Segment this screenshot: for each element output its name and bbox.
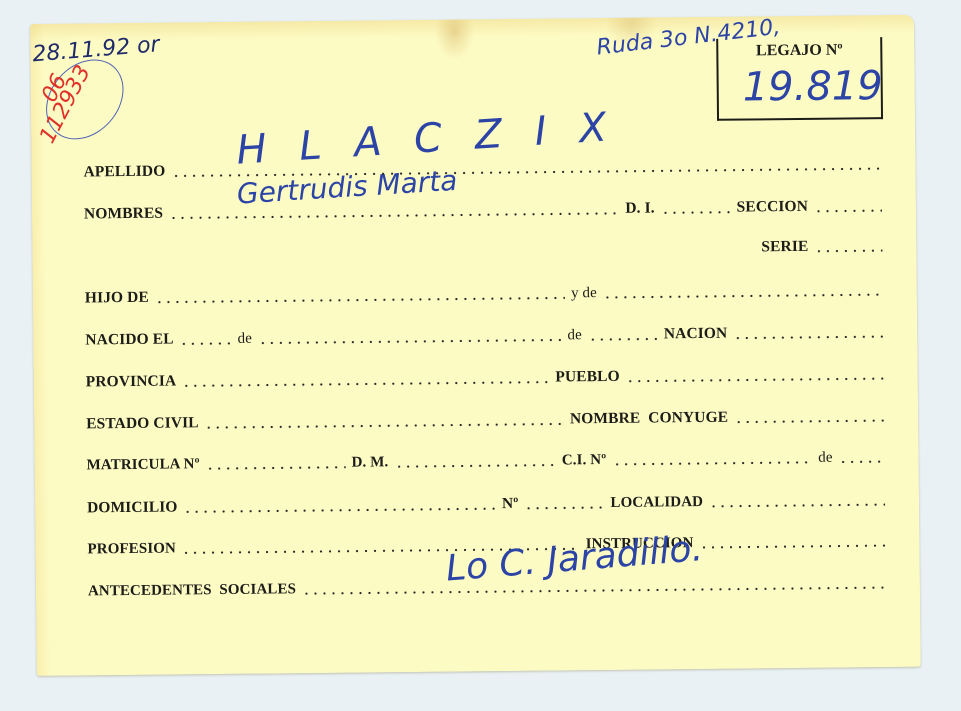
madre-input-line[interactable] (603, 293, 883, 299)
apellido-input-line[interactable] (171, 167, 881, 177)
field-estado-civil: ESTADO CIVIL NOMBRE CONYUGE (86, 407, 890, 433)
seccion-input-line[interactable] (814, 209, 882, 213)
domicilio-label: DOMICILIO (87, 498, 178, 517)
legajo-label: LEGAJO Nº (718, 41, 880, 61)
field-serie: SERIE (84, 237, 888, 263)
mes-input-line[interactable] (258, 338, 561, 344)
legajo-number: 19.819 (742, 63, 882, 110)
dm-input-line[interactable] (394, 464, 556, 469)
pueblo-input-line[interactable] (626, 377, 884, 383)
numero-input-line[interactable] (525, 506, 605, 510)
antecedentes-input-line[interactable] (302, 586, 886, 595)
de-label-2: de (567, 327, 582, 344)
di-input-line[interactable] (661, 211, 731, 215)
nombres-label: NOMBRES (84, 205, 163, 224)
de-label-3: de (818, 450, 833, 467)
record-card: 28.11.92 or 06 112933 Ruda 3o N.4210, LE… (30, 15, 921, 676)
field-apellido: APELLIDO (83, 155, 887, 181)
field-domicilio: DOMICILIO Nº LOCALIDAD (87, 491, 891, 517)
provincia-label: PROVINCIA (86, 372, 177, 391)
nacido-el-label: NACIDO EL (85, 331, 174, 350)
hijo-de-label: HIJO DE (85, 289, 149, 308)
instruccion-input-line[interactable] (700, 544, 886, 549)
field-nombres: NOMBRES D. I. SECCION (84, 197, 888, 223)
conyuge-input-line[interactable] (734, 419, 884, 424)
dm-label: D. M. (351, 454, 388, 471)
padre-input-line[interactable] (155, 296, 565, 303)
matricula-label: MATRICULA Nº (87, 456, 200, 474)
localidad-input-line[interactable] (709, 503, 885, 508)
ci-de-input-line[interactable] (839, 460, 885, 463)
profesion-label: PROFESION (87, 541, 176, 559)
provincia-input-line[interactable] (182, 381, 549, 388)
y-de-label: y de (571, 285, 597, 302)
estado-civil-label: ESTADO CIVIL (86, 414, 199, 433)
matricula-input-line[interactable] (206, 466, 346, 470)
de-label-1: de (238, 331, 253, 348)
nacion-input-line[interactable] (733, 335, 883, 340)
localidad-label: LOCALIDAD (610, 494, 703, 512)
field-matricula: MATRICULA Nº D. M. C.I. Nº de (87, 449, 891, 474)
pueblo-label: PUEBLO (555, 368, 620, 387)
field-nacido-el: NACIDO EL de de NACION (85, 323, 889, 349)
antecedentes-label: ANTECEDENTES SOCIALES (88, 581, 296, 600)
di-label: D. I. (625, 199, 655, 217)
dia-input-line[interactable] (180, 342, 232, 346)
apellido-label: APELLIDO (83, 163, 165, 182)
serie-input-line[interactable] (814, 249, 882, 253)
anio-input-line[interactable] (588, 337, 658, 341)
numero-label: Nº (502, 495, 519, 513)
domicilio-input-line[interactable] (184, 507, 496, 513)
nombre-conyuge-label: NOMBRE CONYUGE (570, 409, 728, 429)
estado-civil-input-line[interactable] (205, 422, 564, 429)
field-hijo-de: HIJO DE y de (85, 281, 889, 307)
ci-input-line[interactable] (612, 461, 812, 466)
field-provincia: PROVINCIA PUEBLO (86, 365, 890, 391)
seccion-label: SECCION (737, 198, 809, 217)
legajo-box: LEGAJO Nº 19.819 (716, 37, 883, 121)
nombres-input-line[interactable] (169, 212, 619, 220)
ci-label: C.I. Nº (562, 452, 607, 469)
nacion-label: NACION (664, 325, 728, 344)
serie-label: SERIE (761, 238, 808, 256)
